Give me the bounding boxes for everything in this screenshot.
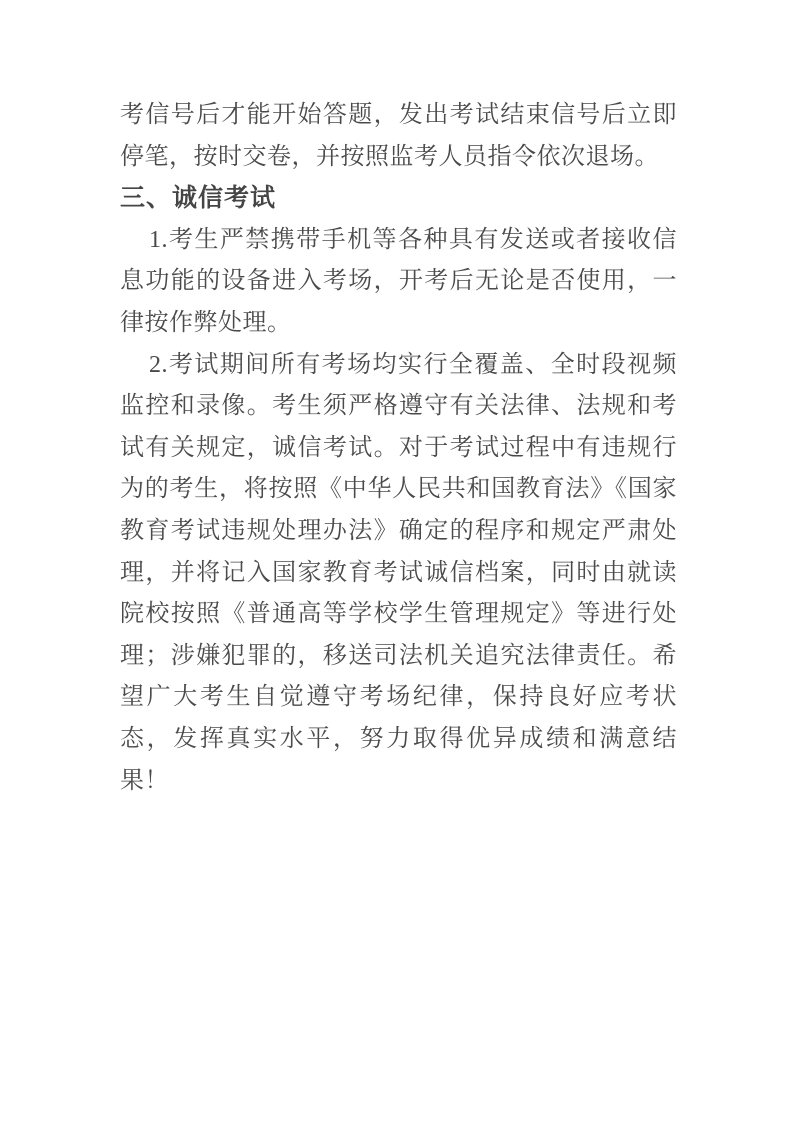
document-body: 考信号后才能开始答题，发出考试结束信号后立即停笔，按时交卷，并按照监考人员指令依… [120,95,677,802]
numbered-paragraph-2: 2.考试期间所有考场均实行全覆盖、全时段视频监控和录像。考生须严格遵守有关法律、… [120,345,677,803]
section-heading: 三、诚信考试 [120,178,677,220]
numbered-paragraph-1: 1.考生严禁携带手机等各种具有发送或者接收信息功能的设备进入考场，开考后无论是否… [120,220,677,345]
continuation-paragraph: 考信号后才能开始答题，发出考试结束信号后立即停笔，按时交卷，并按照监考人员指令依… [120,95,677,178]
document-page: 考信号后才能开始答题，发出考试结束信号后立即停笔，按时交卷，并按照监考人员指令依… [0,0,793,1122]
